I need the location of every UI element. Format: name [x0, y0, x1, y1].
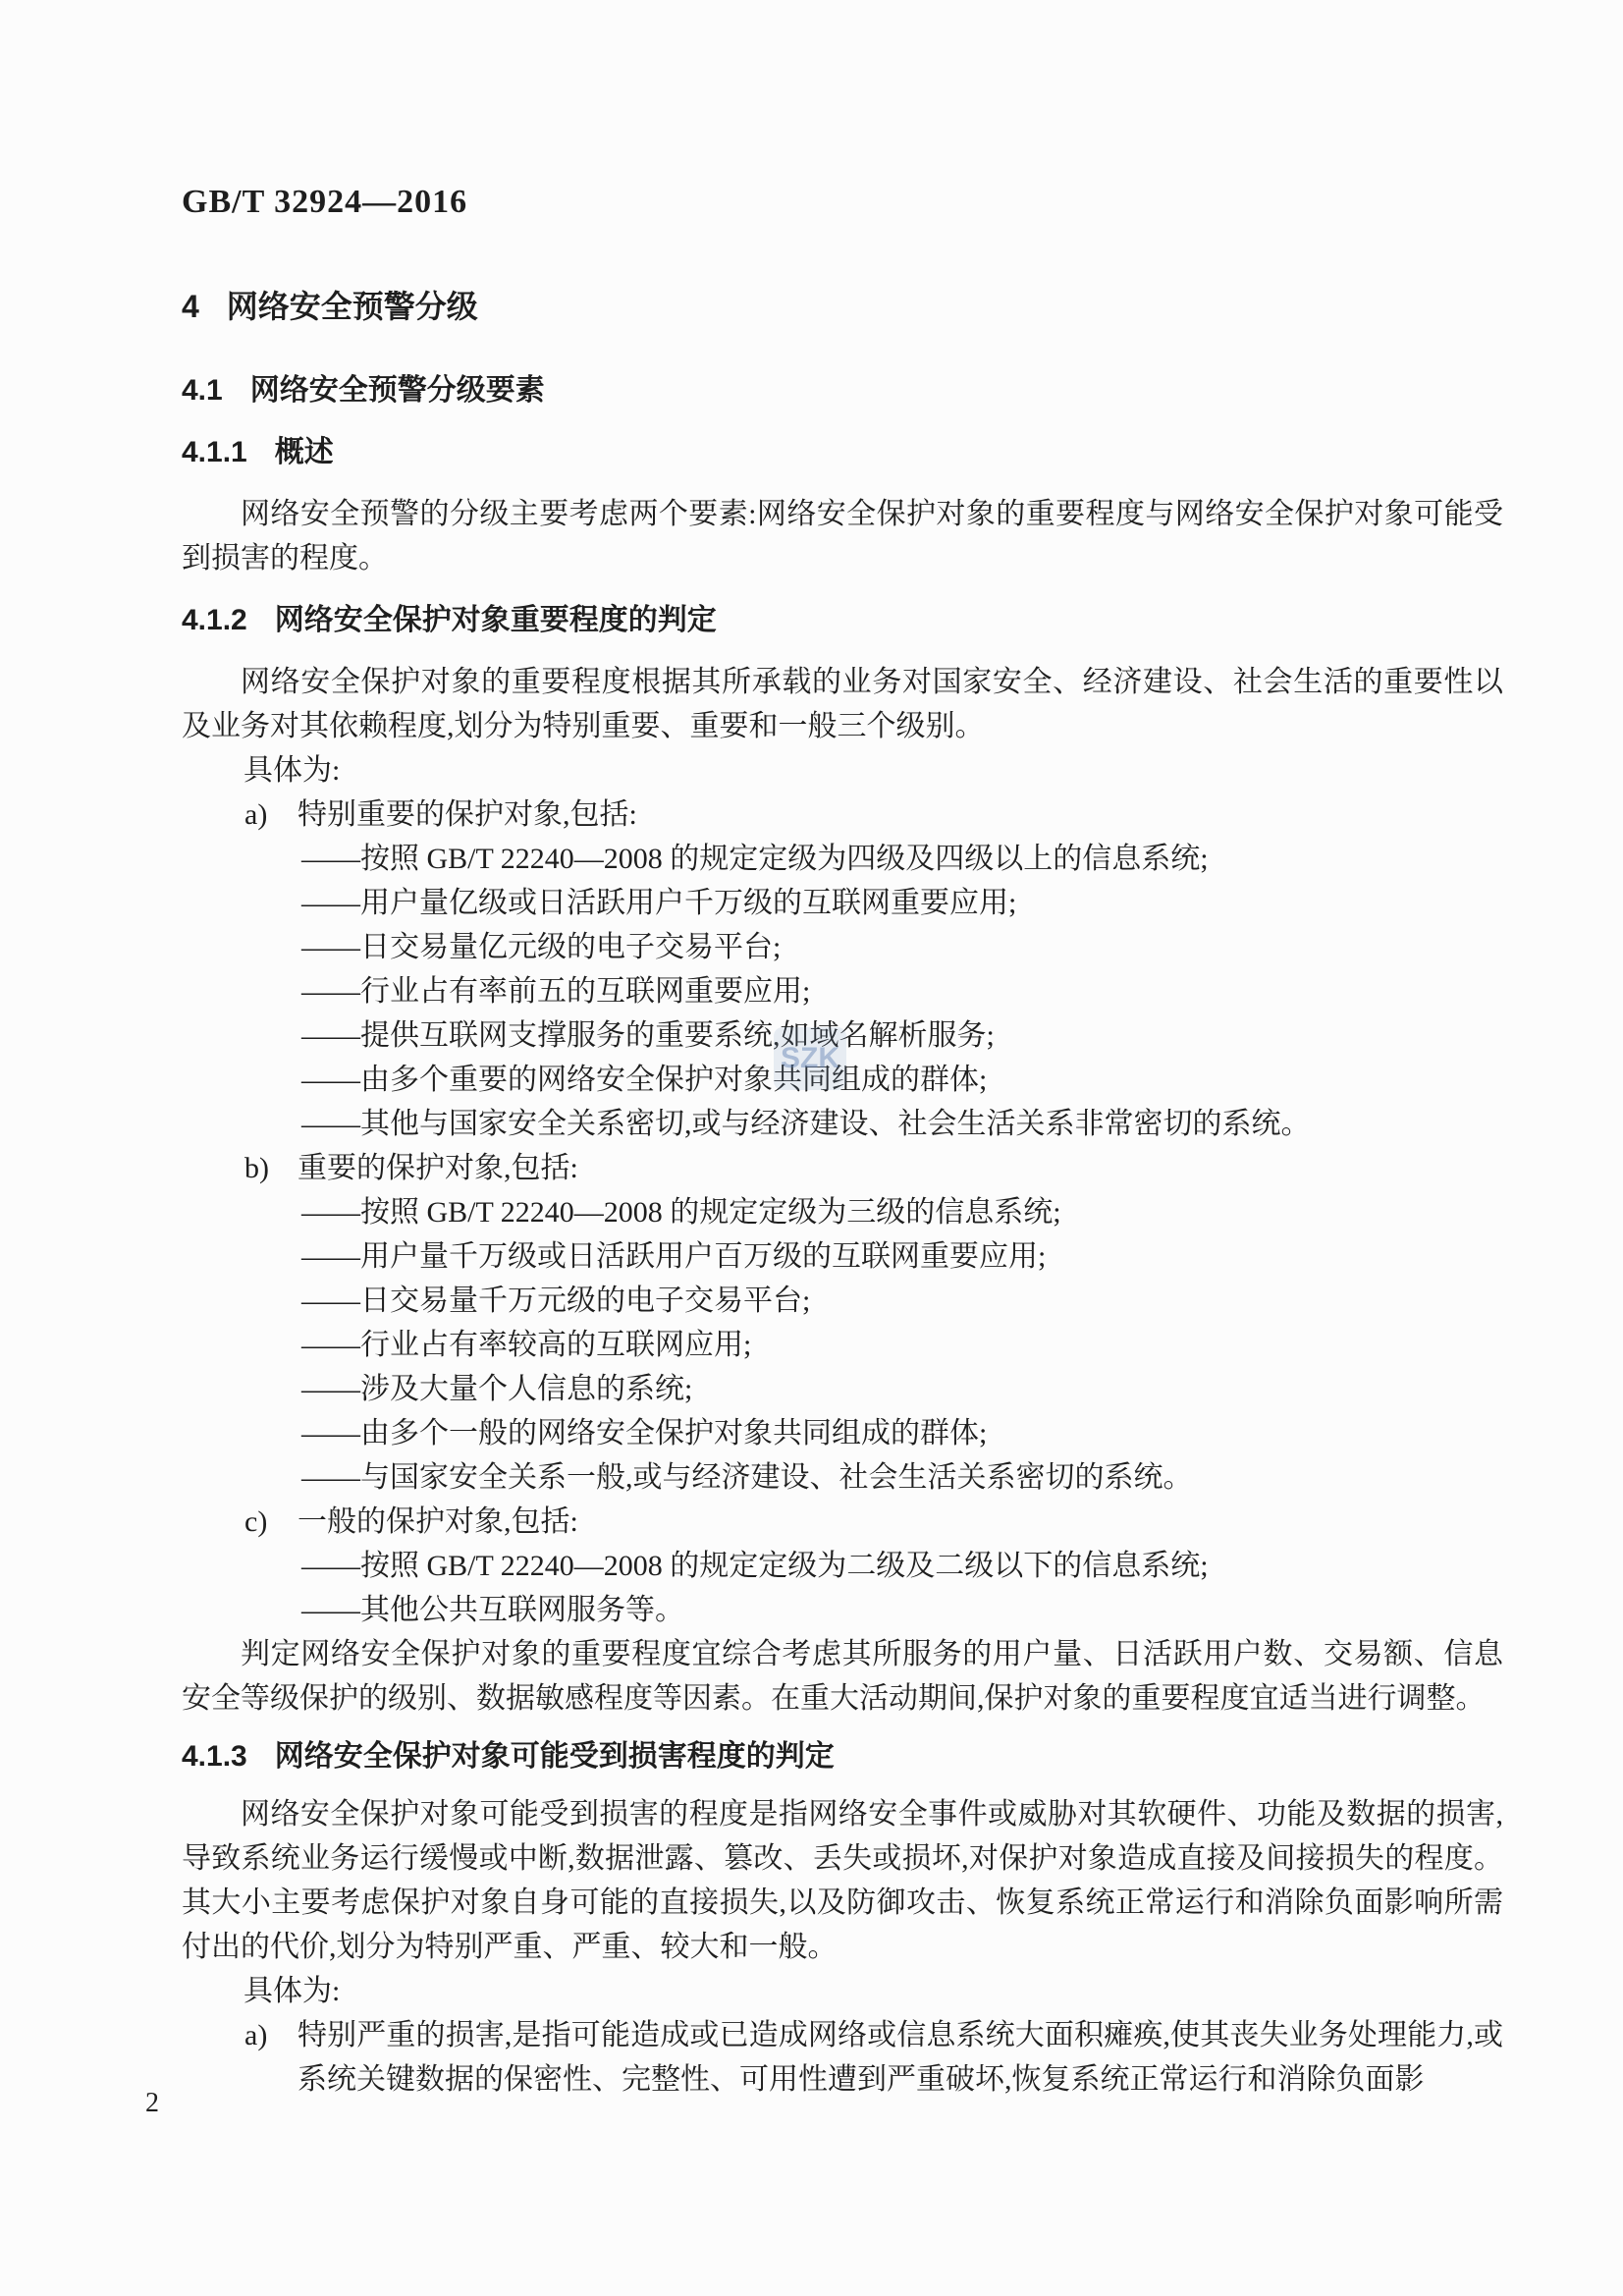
- page-content: GB/T 32924—2016 4网络安全预警分级 4.1网络安全预警分级要素 …: [182, 180, 1503, 2102]
- section-4-number: 4: [182, 285, 199, 329]
- section-4-1-2-heading: 4.1.2网络安全保护对象重要程度的判定: [182, 598, 1503, 642]
- list-item-b: b) 重要的保护对象,包括:: [244, 1146, 1503, 1190]
- list-item-b-label: b): [244, 1146, 298, 1190]
- dash-item: ——与国家安全关系一般,或与经济建设、社会生活关系密切的系统。: [301, 1455, 1503, 1500]
- list-item-a-damage-text: 特别严重的损害,是指可能造成或已造成网络或信息系统大面积瘫痪,使其丧失业务处理能…: [298, 2013, 1503, 2102]
- paragraph-overview: 网络安全预警的分级主要考虑两个要素:网络安全保护对象的重要程度与网络安全保护对象…: [182, 492, 1503, 580]
- list-item-a-damage: a) 特别严重的损害,是指可能造成或已造成网络或信息系统大面积瘫痪,使其丧失业务…: [244, 2013, 1503, 2102]
- detail-intro: 具体为:: [243, 748, 1503, 793]
- dash-item: ——由多个重要的网络安全保护对象共同组成的群体;: [301, 1058, 1503, 1102]
- page-number: 2: [145, 2086, 159, 2121]
- section-4-1-3-number: 4.1.3: [182, 1734, 247, 1778]
- list-item-a-label: a): [244, 793, 298, 837]
- dash-item: ——日交易量千万元级的电子交易平台;: [301, 1279, 1503, 1323]
- section-4-1-3-title: 网络安全保护对象可能受到损害程度的判定: [275, 1740, 835, 1773]
- list-item-c: c) 一般的保护对象,包括:: [244, 1500, 1503, 1544]
- dash-item: ——用户量千万级或日活跃用户百万级的互联网重要应用;: [301, 1234, 1503, 1279]
- list-item-c-text: 一般的保护对象,包括:: [298, 1500, 1503, 1544]
- section-4-1-2-title: 网络安全保护对象重要程度的判定: [275, 604, 717, 636]
- section-4-heading: 4网络安全预警分级: [182, 285, 1503, 329]
- section-4-1-title: 网络安全预警分级要素: [250, 374, 545, 407]
- standard-number-header: GB/T 32924—2016: [182, 180, 1503, 224]
- dash-item: ——由多个一般的网络安全保护对象共同组成的群体;: [301, 1411, 1503, 1455]
- list-item-a: a) 特别重要的保护对象,包括:: [244, 793, 1503, 837]
- dash-item: ——行业占有率较高的互联网应用;: [301, 1323, 1503, 1367]
- dash-item: ——涉及大量个人信息的系统;: [301, 1367, 1503, 1411]
- dash-item: ——其他与国家安全关系密切,或与经济建设、社会生活关系非常密切的系统。: [301, 1102, 1503, 1146]
- list-item-b-text: 重要的保护对象,包括:: [298, 1146, 1503, 1190]
- dash-item: ——行业占有率前五的互联网重要应用;: [301, 969, 1503, 1013]
- dash-item: ——按照 GB/T 22240—2008 的规定定级为三级的信息系统;: [301, 1190, 1503, 1234]
- document-page: GB/T 32924—2016 4网络安全预警分级 4.1网络安全预警分级要素 …: [0, 0, 1623, 2296]
- list-item-a-text: 特别重要的保护对象,包括:: [298, 793, 1503, 837]
- list-item-c-label: c): [244, 1500, 298, 1544]
- dash-item: ——用户量亿级或日活跃用户千万级的互联网重要应用;: [301, 881, 1503, 925]
- section-4-1-1-title: 概述: [275, 436, 334, 468]
- dash-item: ——提供互联网支撑服务的重要系统,如域名解析服务;: [301, 1013, 1503, 1058]
- paragraph-damage: 网络安全保护对象可能受到损害的程度是指网络安全事件或威胁对其软硬件、功能及数据的…: [182, 1792, 1503, 1969]
- section-4-1-1-heading: 4.1.1概述: [182, 430, 1503, 474]
- section-4-title: 网络安全预警分级: [227, 289, 478, 324]
- dash-item: ——按照 GB/T 22240—2008 的规定定级为二级及二级以下的信息系统;: [301, 1544, 1503, 1588]
- section-4-1-2-number: 4.1.2: [182, 598, 247, 642]
- list-item-a-damage-label: a): [244, 2013, 298, 2102]
- section-4-1-1-number: 4.1.1: [182, 430, 247, 474]
- dash-item: ——按照 GB/T 22240—2008 的规定定级为四级及四级以上的信息系统;: [301, 837, 1503, 881]
- paragraph-importance: 网络安全保护对象的重要程度根据其所承载的业务对国家安全、经济建设、社会生活的重要…: [182, 660, 1503, 748]
- paragraph-importance-closing: 判定网络安全保护对象的重要程度宜综合考虑其所服务的用户量、日活跃用户数、交易额、…: [182, 1632, 1503, 1721]
- dash-item: ——日交易量亿元级的电子交易平台;: [301, 925, 1503, 969]
- section-4-1-3-heading: 4.1.3网络安全保护对象可能受到损害程度的判定: [182, 1734, 1503, 1778]
- dash-item: ——其他公共互联网服务等。: [301, 1588, 1503, 1632]
- section-4-1-heading: 4.1网络安全预警分级要素: [182, 368, 1503, 412]
- detail-intro: 具体为:: [243, 1969, 1503, 2013]
- section-4-1-number: 4.1: [182, 368, 223, 412]
